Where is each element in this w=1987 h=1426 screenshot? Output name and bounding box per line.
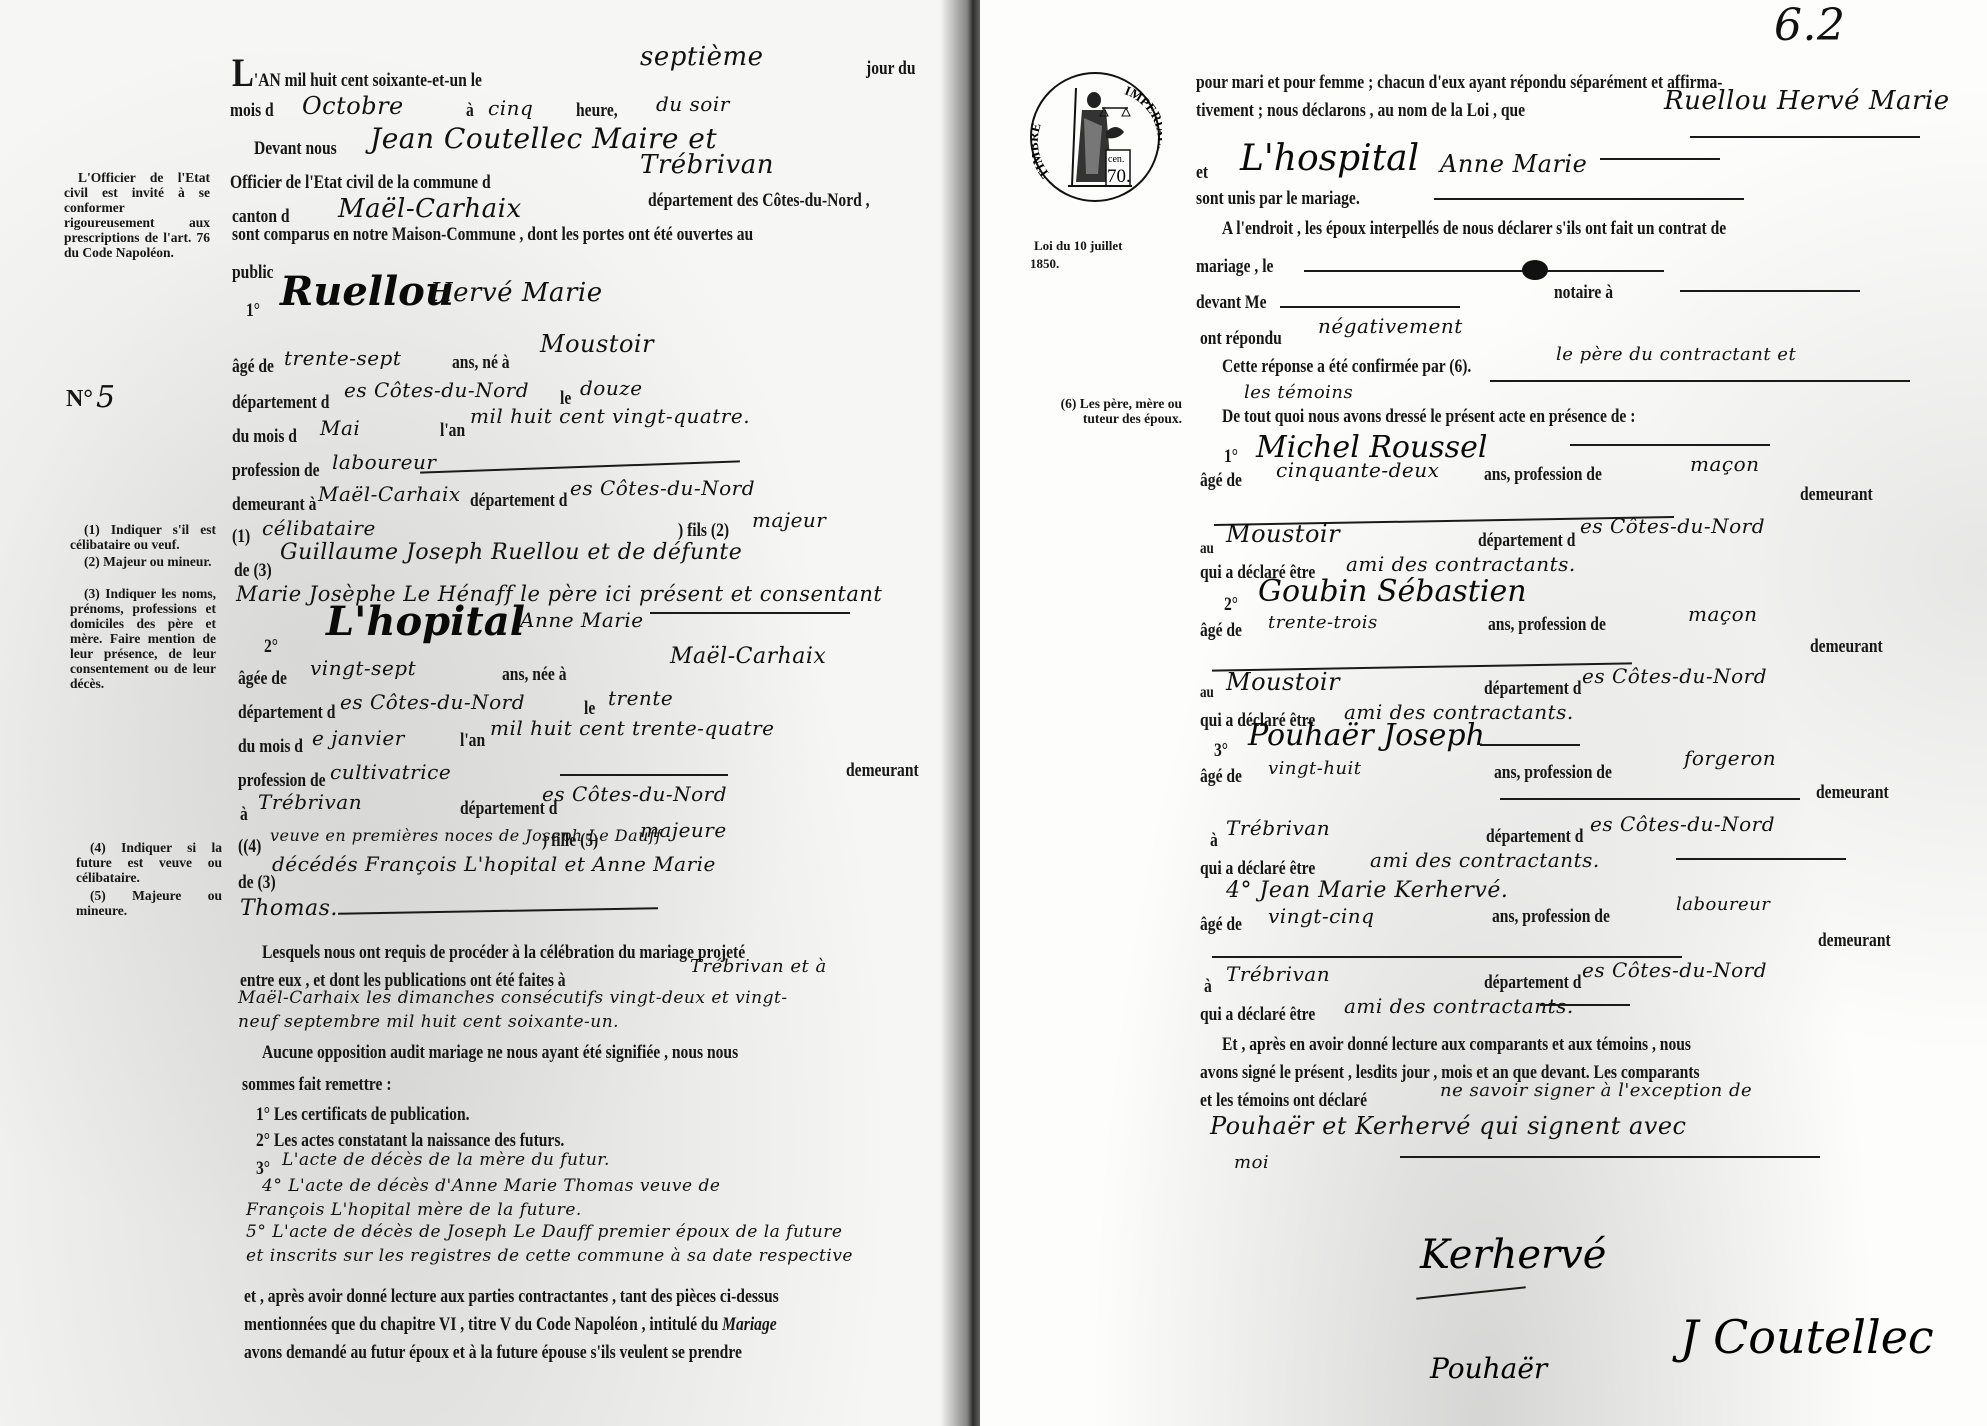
groom-dept: es Côtes-du-Nord	[344, 378, 529, 402]
contract-notary: notaire à	[1554, 282, 1613, 304]
month-handwritten: Octobre	[302, 92, 404, 120]
record-number-label: N°	[66, 386, 93, 413]
body-item-5-cont: et inscrits sur les registres de cette c…	[246, 1246, 853, 1266]
closing-line-3: et les témoins ont déclaré	[1200, 1090, 1367, 1112]
bride-month-label: du mois d	[238, 736, 303, 758]
witness-dept: es Côtes-du-Nord	[1582, 958, 1767, 982]
svg-text:TIMBRE: TIMBRE	[1032, 121, 1052, 181]
justice-figure-icon: TIMBRE IMPERIAL. cen. 70.	[1032, 74, 1162, 204]
bride-surname: L'hopital	[326, 598, 525, 645]
fill-line	[1480, 744, 1580, 746]
body-para2-line2: sommes fait remettre :	[242, 1074, 392, 1096]
body-para3-line1: et , après avoir donné lecture aux parti…	[244, 1286, 779, 1308]
imperial-stamp: TIMBRE IMPERIAL. cen. 70.	[1030, 72, 1160, 202]
header-heure: heure,	[576, 100, 618, 122]
bride-parents-label: de (3)	[238, 872, 276, 894]
margin-note-4: (4) Indiquer si la future est veuve ou c…	[76, 840, 222, 885]
header-a: à	[466, 100, 474, 122]
witness-place: Moustoir	[1226, 520, 1340, 548]
witness-dept: es Côtes-du-Nord	[1580, 514, 1765, 538]
contract-line-3: devant Me	[1196, 292, 1267, 314]
body-item-2: 2° Les actes constatant la naissance des…	[256, 1130, 564, 1152]
groom-profession-label: profession de	[232, 460, 320, 482]
fill-line	[1280, 306, 1460, 308]
witness-profession: maçon	[1690, 452, 1760, 476]
bride-age-label: âgée de	[238, 668, 287, 690]
contract-line-1: A l'endroit , les époux interpellés de n…	[1222, 218, 1726, 240]
groom-residence-dept: es Côtes-du-Nord	[570, 476, 755, 500]
bride-year-label: l'an	[460, 730, 485, 752]
margin-note-3: (3) Indiquer les noms, prénoms, professi…	[70, 586, 216, 691]
fill-line	[1676, 858, 1846, 860]
svg-text:70.: 70.	[1107, 166, 1131, 187]
left-page: L'Officier de l'Etat civil est invité à …	[0, 0, 980, 1426]
confirmed-label: Cette réponse a été confirmée par (6).	[1222, 356, 1471, 378]
bride-birthplace: Maël-Carhaix	[670, 644, 826, 669]
groom-residence-label: demeurant à	[232, 494, 316, 516]
day-handwritten: septième	[640, 42, 764, 72]
svg-text:IMPERIAL.: IMPERIAL.	[1123, 83, 1162, 151]
body-item-5: 5° L'acte de décès de Joseph Le Dauff pr…	[246, 1222, 842, 1242]
header-line-7: public	[232, 262, 274, 284]
witness-age: vingt-huit	[1268, 758, 1362, 779]
groom-born-label: ans, né à	[452, 352, 510, 374]
groom-birthplace: Moustoir	[540, 330, 654, 358]
margin-note-officer: L'Officier de l'Etat civil est invité à …	[64, 170, 210, 260]
groom-residence: Maël-Carhaix	[318, 482, 461, 506]
contract-line-2: mariage , le	[1196, 256, 1273, 278]
groom-month-label: du mois d	[232, 426, 297, 448]
margin-note-5: (5) Majeure ou mineure.	[76, 888, 222, 918]
fill-line	[1570, 444, 1770, 446]
body-para3-line3: avons demandé au futur époux et à la fut…	[244, 1342, 742, 1364]
closing-hand-1: ne savoir signer à l'exception de	[1440, 1080, 1752, 1101]
witness-age: cinquante-deux	[1276, 458, 1439, 482]
bride-daughter-label: ) fille (5)	[542, 830, 598, 852]
signature-mayor: J Coutellec	[1680, 1310, 1934, 1364]
bride-daughter: majeure	[640, 818, 727, 842]
dropcap: L	[232, 50, 254, 95]
witness-relation: ami des contractants.	[1370, 848, 1600, 872]
union-line-4: sont unis par le mariage.	[1196, 188, 1360, 210]
fill-line	[1600, 158, 1720, 160]
fill-line	[338, 907, 658, 915]
bride-residence-label: à	[240, 804, 248, 826]
union-and: et	[1196, 162, 1208, 184]
witness-place: Moustoir	[1226, 668, 1340, 696]
groom-given-names: Hervé Marie	[430, 278, 603, 308]
witness-profession: laboureur	[1676, 894, 1770, 915]
bride-dept-label: département d	[238, 702, 335, 724]
bride-given-names: Anne Marie	[520, 608, 644, 632]
bride-residence: Trébrivan	[258, 790, 362, 814]
fill-line	[1304, 270, 1664, 272]
groom-month: Mai	[320, 416, 360, 440]
witness-age: trente-trois	[1268, 612, 1378, 633]
bride-month: e janvier	[312, 726, 405, 750]
bride-status: veuve en premières noces de Joseph Le Da…	[270, 826, 662, 845]
witness-profession: maçon	[1688, 602, 1758, 626]
signature-pouhaer: Pouhaër	[1430, 1352, 1547, 1385]
witness-relation: ami des contractants.	[1346, 552, 1576, 576]
fill-line	[1434, 198, 1744, 200]
fill-line	[650, 612, 850, 614]
commune-handwritten: Trébrivan	[640, 150, 774, 180]
witness-relation: ami des contractants.	[1344, 994, 1574, 1018]
groom-residence-dept-label: département d	[470, 490, 567, 512]
ink-blot	[1522, 260, 1548, 280]
canton-handwritten: Maël-Carhaix	[338, 194, 522, 224]
body-item-3: L'acte de décès de la mère du futur.	[282, 1150, 610, 1170]
bride-profession: cultivatrice	[330, 760, 451, 784]
bride-index: 2°	[264, 636, 278, 658]
witness-place: Trébrivan	[1226, 816, 1330, 840]
witness-profession: forgeron	[1684, 746, 1776, 770]
groom-age-label: âgé de	[232, 356, 274, 378]
witnesses-intro: De tout quoi nous avons dressé le présen…	[1222, 406, 1635, 428]
witness-name: Pouhaër Joseph	[1248, 718, 1485, 753]
body-item-1: 1° Les certificats de publication.	[256, 1104, 470, 1126]
groom-status: célibataire	[262, 516, 376, 540]
closing-line-1: Et , après en avoir donné lecture aux co…	[1222, 1034, 1691, 1056]
confirmed-hand-2: les témoins	[1244, 382, 1353, 403]
union-bride-given: Anne Marie	[1440, 150, 1587, 178]
witness-name: Goubin Sébastien	[1258, 574, 1527, 609]
body-item-4-cont: François L'hopital mère de la future.	[246, 1200, 582, 1220]
bride-day: trente	[608, 686, 673, 710]
witness-dept: es Côtes-du-Nord	[1590, 812, 1775, 836]
groom-index: 1°	[246, 300, 260, 322]
bride-parents-2: Thomas.	[240, 896, 338, 921]
groom-day: douze	[580, 376, 643, 400]
stamp-caption-line-2: 1850.	[1030, 256, 1059, 272]
groom-parents-1: Guillaume Joseph Ruellou et de défunte	[280, 540, 742, 565]
groom-year-label: l'an	[440, 420, 465, 442]
body-para2-line1: Aucune opposition audit mariage ne nous …	[262, 1042, 738, 1064]
body-item-4: 4° L'acte de décès d'Anne Marie Thomas v…	[262, 1176, 720, 1196]
stamp-caption-line-1: Loi du 10 juillet	[1034, 238, 1123, 254]
body-para1-hand3: neuf septembre mil huit cent soixante-un…	[238, 1012, 619, 1032]
folio-number: 6.2	[1774, 0, 1845, 51]
witness-dept: es Côtes-du-Nord	[1582, 664, 1767, 688]
witness-place: Trébrivan	[1226, 962, 1330, 986]
header-line-3: Devant nous	[254, 138, 337, 160]
bride-age: vingt-sept	[310, 656, 416, 680]
answered-label: ont répondu	[1200, 328, 1282, 350]
time-handwritten: du soir	[656, 92, 730, 116]
header-line-1-end: jour du	[866, 58, 916, 80]
bride-year: mil huit cent trente-quatre	[490, 716, 774, 740]
header-line-4: Officier de l'Etat civil de la commune d	[230, 172, 491, 194]
groom-year: mil huit cent vingt-quatre.	[470, 404, 750, 428]
groom-dept-label: département d	[232, 392, 329, 414]
confirmed-hand-1: le père du contractant et	[1556, 344, 1796, 365]
fill-line	[420, 460, 740, 473]
groom-parents-label: de (3)	[234, 560, 272, 582]
hour-handwritten: cinq	[488, 96, 533, 120]
margin-note-1: (1) Indiquer s'il est célibataire ou veu…	[70, 522, 216, 552]
body-para3-line2: mentionnées que du chapitre VI , titre V…	[244, 1314, 777, 1336]
body-para1-line1: Lesquels nous ont requis de procéder à l…	[262, 942, 745, 964]
union-line-1: pour mari et pour femme ; chacun d'eux a…	[1196, 72, 1722, 94]
bride-born-label: ans, née à	[502, 664, 566, 686]
fill-line	[1490, 380, 1910, 382]
groom-son: majeur	[752, 508, 826, 532]
body-para1-hand1: Trébrivan et à	[690, 956, 827, 977]
union-groom-name: Ruellou Hervé Marie	[1664, 86, 1950, 116]
answered-hand: négativement	[1318, 314, 1463, 338]
bride-parents-1: décédés François L'hopital et Anne Marie	[272, 852, 716, 876]
bride-status-label: ((4)	[238, 836, 261, 858]
header-line-1: L'AN mil huit cent soixante-et-un le	[232, 58, 482, 92]
header-line-6: sont comparus en notre Maison-Commune , …	[232, 224, 753, 246]
svg-text:cen.: cen.	[1108, 154, 1124, 165]
header-line-2: mois d	[230, 100, 274, 122]
groom-profession: laboureur	[332, 450, 436, 474]
witness-name: 4° Jean Marie Kerhervé.	[1226, 878, 1508, 903]
groom-status-label: (1)	[232, 526, 250, 548]
signature-kerherve: Kerhervé	[1420, 1232, 1606, 1278]
fill-line	[1400, 1156, 1820, 1158]
header-line-5-end: département des Côtes-du-Nord ,	[648, 190, 870, 212]
bride-dept: es Côtes-du-Nord	[340, 690, 525, 714]
bride-profession-label: profession de	[238, 770, 326, 792]
fill-line	[1690, 136, 1920, 138]
union-line-2: tivement ; nous déclarons , au nom de la…	[1196, 100, 1525, 122]
margin-note-2: (2) Majeur ou mineur.	[70, 554, 216, 569]
closing-hand-2: Pouhaër et Kerhervé qui signent avec	[1210, 1112, 1687, 1140]
groom-son-label: ) fils (2)	[678, 520, 729, 542]
bride-residence-end: demeurant	[846, 760, 919, 782]
union-bride-surname: L'hospital	[1240, 138, 1419, 179]
fill-line	[1540, 1004, 1630, 1006]
body-para1-hand2: Maël-Carhaix les dimanches consécutifs v…	[238, 988, 788, 1008]
groom-age: trente-sept	[284, 346, 401, 370]
margin-note-6: (6) Les père, mère ou tuteur des époux.	[1032, 396, 1182, 426]
closing-hand-3: moi	[1234, 1152, 1269, 1173]
witness-age: vingt-cinq	[1268, 904, 1374, 928]
bride-residence-dept: es Côtes-du-Nord	[542, 782, 727, 806]
groom-surname: Ruellou	[280, 268, 454, 315]
fill-line	[560, 774, 728, 776]
fill-line	[1680, 290, 1860, 292]
record-number-value: 5	[96, 380, 116, 415]
fill-line	[1500, 798, 1800, 800]
